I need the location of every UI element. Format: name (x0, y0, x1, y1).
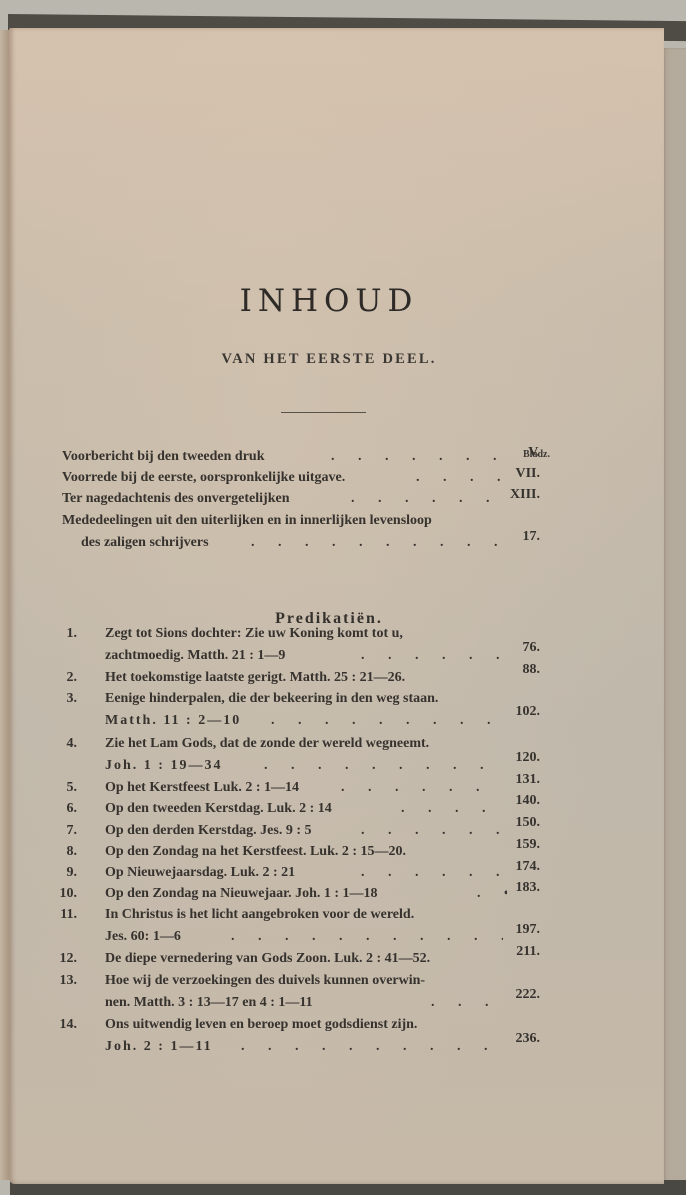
toc-entry-page: 174. (490, 858, 540, 876)
toc-entry-title: Op den tweeden Kerstdag. Luk. 2 : 14 (105, 800, 332, 818)
entry-number: 7. (53, 822, 77, 840)
toc-entry-title: Op het Kerstfeest Luk. 2 : 1—14 (105, 779, 299, 797)
toc-entry-page: V. (490, 444, 540, 462)
toc-entry-title: De diepe vernedering van Gods Zoon. Luk.… (105, 950, 430, 968)
toc-entry-title: Ons uitwendig leven en beroep moet godsd… (105, 1016, 417, 1034)
toc-entry-page: XIII. (490, 486, 540, 504)
toc-entry-title: Eenige hinderpalen, die der bekeering in… (105, 690, 438, 708)
entry-number: 3. (53, 690, 77, 708)
leader-dots: . . . . . . . (361, 822, 503, 840)
next-page-edge (662, 48, 686, 1183)
leader-dots: . . . . . . . . (351, 490, 501, 508)
toc-entry-page: 222. (490, 986, 540, 1004)
toc-entry-title-continued: nen. Matth. 3 : 13—17 en 4 : 1—11 (105, 994, 313, 1012)
toc-entry-title-continued: zachtmoedig. Matth. 21 : 1—9 (105, 647, 285, 665)
entry-number: 2. (53, 669, 77, 687)
toc-entry-title: Voorrede bij de eerste, oorspronkelijke … (62, 469, 345, 487)
entry-number: 14. (49, 1016, 77, 1034)
toc-entry-title-continued: des zaligen schrijvers (81, 534, 209, 552)
toc-entry-page: 17. (490, 528, 540, 546)
leader-dots: . . . . . . . . . . . . (264, 757, 504, 775)
toc-entry-title: Zie het Lam Gods, dat de zonde der werel… (105, 735, 429, 753)
toc-entry-page: 88. (490, 661, 540, 679)
entry-number: 10. (49, 885, 77, 903)
leader-dots: . . . . . . . . . . . . . (231, 928, 503, 946)
toc-entry-title: Op den derden Kerstdag. Jes. 9 : 5 (105, 822, 312, 840)
book-page: INHOUD VAN HET EERSTE DEEL. Bladz. Voorb… (9, 28, 664, 1184)
entry-number: 6. (53, 800, 77, 818)
toc-entry-page: 197. (490, 921, 540, 939)
toc-entry-title-continued: Jes. 60: 1—6 (105, 928, 181, 946)
entry-number: 1. (53, 625, 77, 643)
toc-entry-title: Voorbericht bij den tweeden druk (62, 448, 265, 466)
page-title: INHOUD (9, 283, 649, 319)
toc-entry-title: Zegt tot Sions dochter: Zie uw Koning ko… (105, 625, 403, 643)
toc-entry-title: Ter nagedachtenis des onvergetelijken (62, 490, 290, 508)
leader-dots: . . . . . . . . . . . . . (251, 534, 503, 552)
toc-entry-page: 183. (490, 879, 540, 897)
toc-entry-page: VII. (490, 465, 540, 483)
toc-entry-page: 131. (490, 771, 540, 789)
title-divider-rule (281, 412, 366, 413)
leader-dots: . . . . . (401, 800, 503, 818)
toc-entry-title: Op den Zondag na Nieuwejaar. Joh. 1 : 1—… (105, 885, 378, 903)
entry-number: 5. (53, 779, 77, 797)
toc-entry-title: In Christus is het licht aangebroken voo… (105, 906, 414, 924)
toc-entry-title: Op Nieuwejaarsdag. Luk. 2 : 21 (105, 864, 295, 882)
toc-entry-page: 150. (490, 814, 540, 832)
leader-dots: . . . . . . . . . . . . (271, 712, 503, 730)
page-subtitle: VAN HET EERSTE DEEL. (9, 351, 649, 368)
leader-dots: . . . . . . . (341, 779, 503, 797)
toc-entry-title: Op den Zondag na het Kerstfeest. Luk. 2 … (105, 843, 406, 861)
leader-dots: . . . . . . . . . . . . (241, 1038, 503, 1056)
toc-entry-title-continued: Matth. 11 : 2—10 (105, 712, 241, 730)
toc-entry-page: 211. (490, 943, 540, 961)
entry-number: 11. (49, 906, 77, 924)
toc-entry-page: 140. (490, 792, 540, 810)
leader-dots: . . . . . . . (361, 864, 503, 882)
leader-dots: . . . . . . . . . . (331, 448, 501, 466)
entry-number: 9. (53, 864, 77, 882)
toc-entry-title: Hoe wij de verzoekingen des duivels kunn… (105, 972, 425, 990)
toc-entry-title: Mededeelingen uit den uiterlijken en in … (62, 512, 432, 530)
toc-entry-page: 159. (490, 836, 540, 854)
toc-entry-title-continued: Joh. 2 : 1—11 (105, 1038, 213, 1056)
leader-dots: . . . . . . . (361, 647, 501, 665)
toc-entry-page: 102. (490, 703, 540, 721)
toc-entry-page: 236. (490, 1030, 540, 1048)
entry-number: 13. (49, 972, 77, 990)
toc-entry-page: 120. (490, 749, 540, 767)
toc-entry-page: 76. (490, 639, 540, 657)
entry-number: 4. (53, 735, 77, 753)
entry-number: 12. (49, 950, 77, 968)
toc-entry-title: Het toekomstige laatste gerigt. Matth. 2… (105, 669, 405, 687)
toc-entry-title-continued: Joh. 1 : 19—34 (105, 757, 222, 775)
entry-number: 8. (53, 843, 77, 861)
